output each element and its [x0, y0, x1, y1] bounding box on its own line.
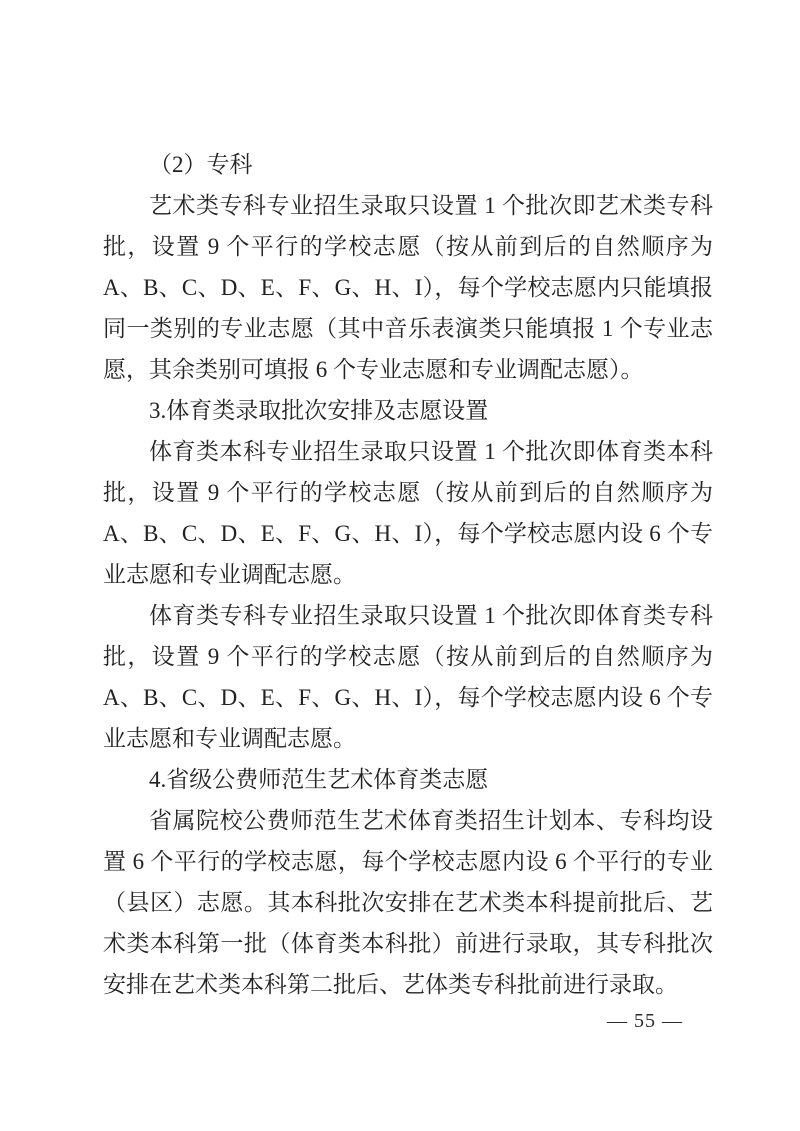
subheading-4-gongfei-shifan: 4.省级公费师范生艺术体育类志愿	[103, 759, 713, 800]
subheading-3-tiyu-batch: 3.体育类录取批次安排及志愿设置	[103, 390, 713, 431]
document-body: （2）专科 艺术类专科专业招生录取只设置 1 个批次即艺术类专科批，设置 9 个…	[103, 144, 713, 1005]
paragraph-gongfei-shifan: 省属院校公费师范生艺术体育类招生计划本、专科均设置 6 个平行的学校志愿，每个学…	[103, 800, 713, 1005]
page-number: — 55 —	[607, 1008, 683, 1034]
paragraph-tiyu-zhuanke: 体育类专科专业招生录取只设置 1 个批次即体育类专科批，设置 9 个平行的学校志…	[103, 595, 713, 759]
paragraph-tiyu-benke: 体育类本科专业招生录取只设置 1 个批次即体育类本科批，设置 9 个平行的学校志…	[103, 431, 713, 595]
subheading-2-zhuanke: （2）专科	[103, 144, 713, 185]
paragraph-art-zhuanke: 艺术类专科专业招生录取只设置 1 个批次即艺术类专科批，设置 9 个平行的学校志…	[103, 185, 713, 390]
document-page: （2）专科 艺术类专科专业招生录取只设置 1 个批次即艺术类专科批，设置 9 个…	[0, 0, 800, 1131]
